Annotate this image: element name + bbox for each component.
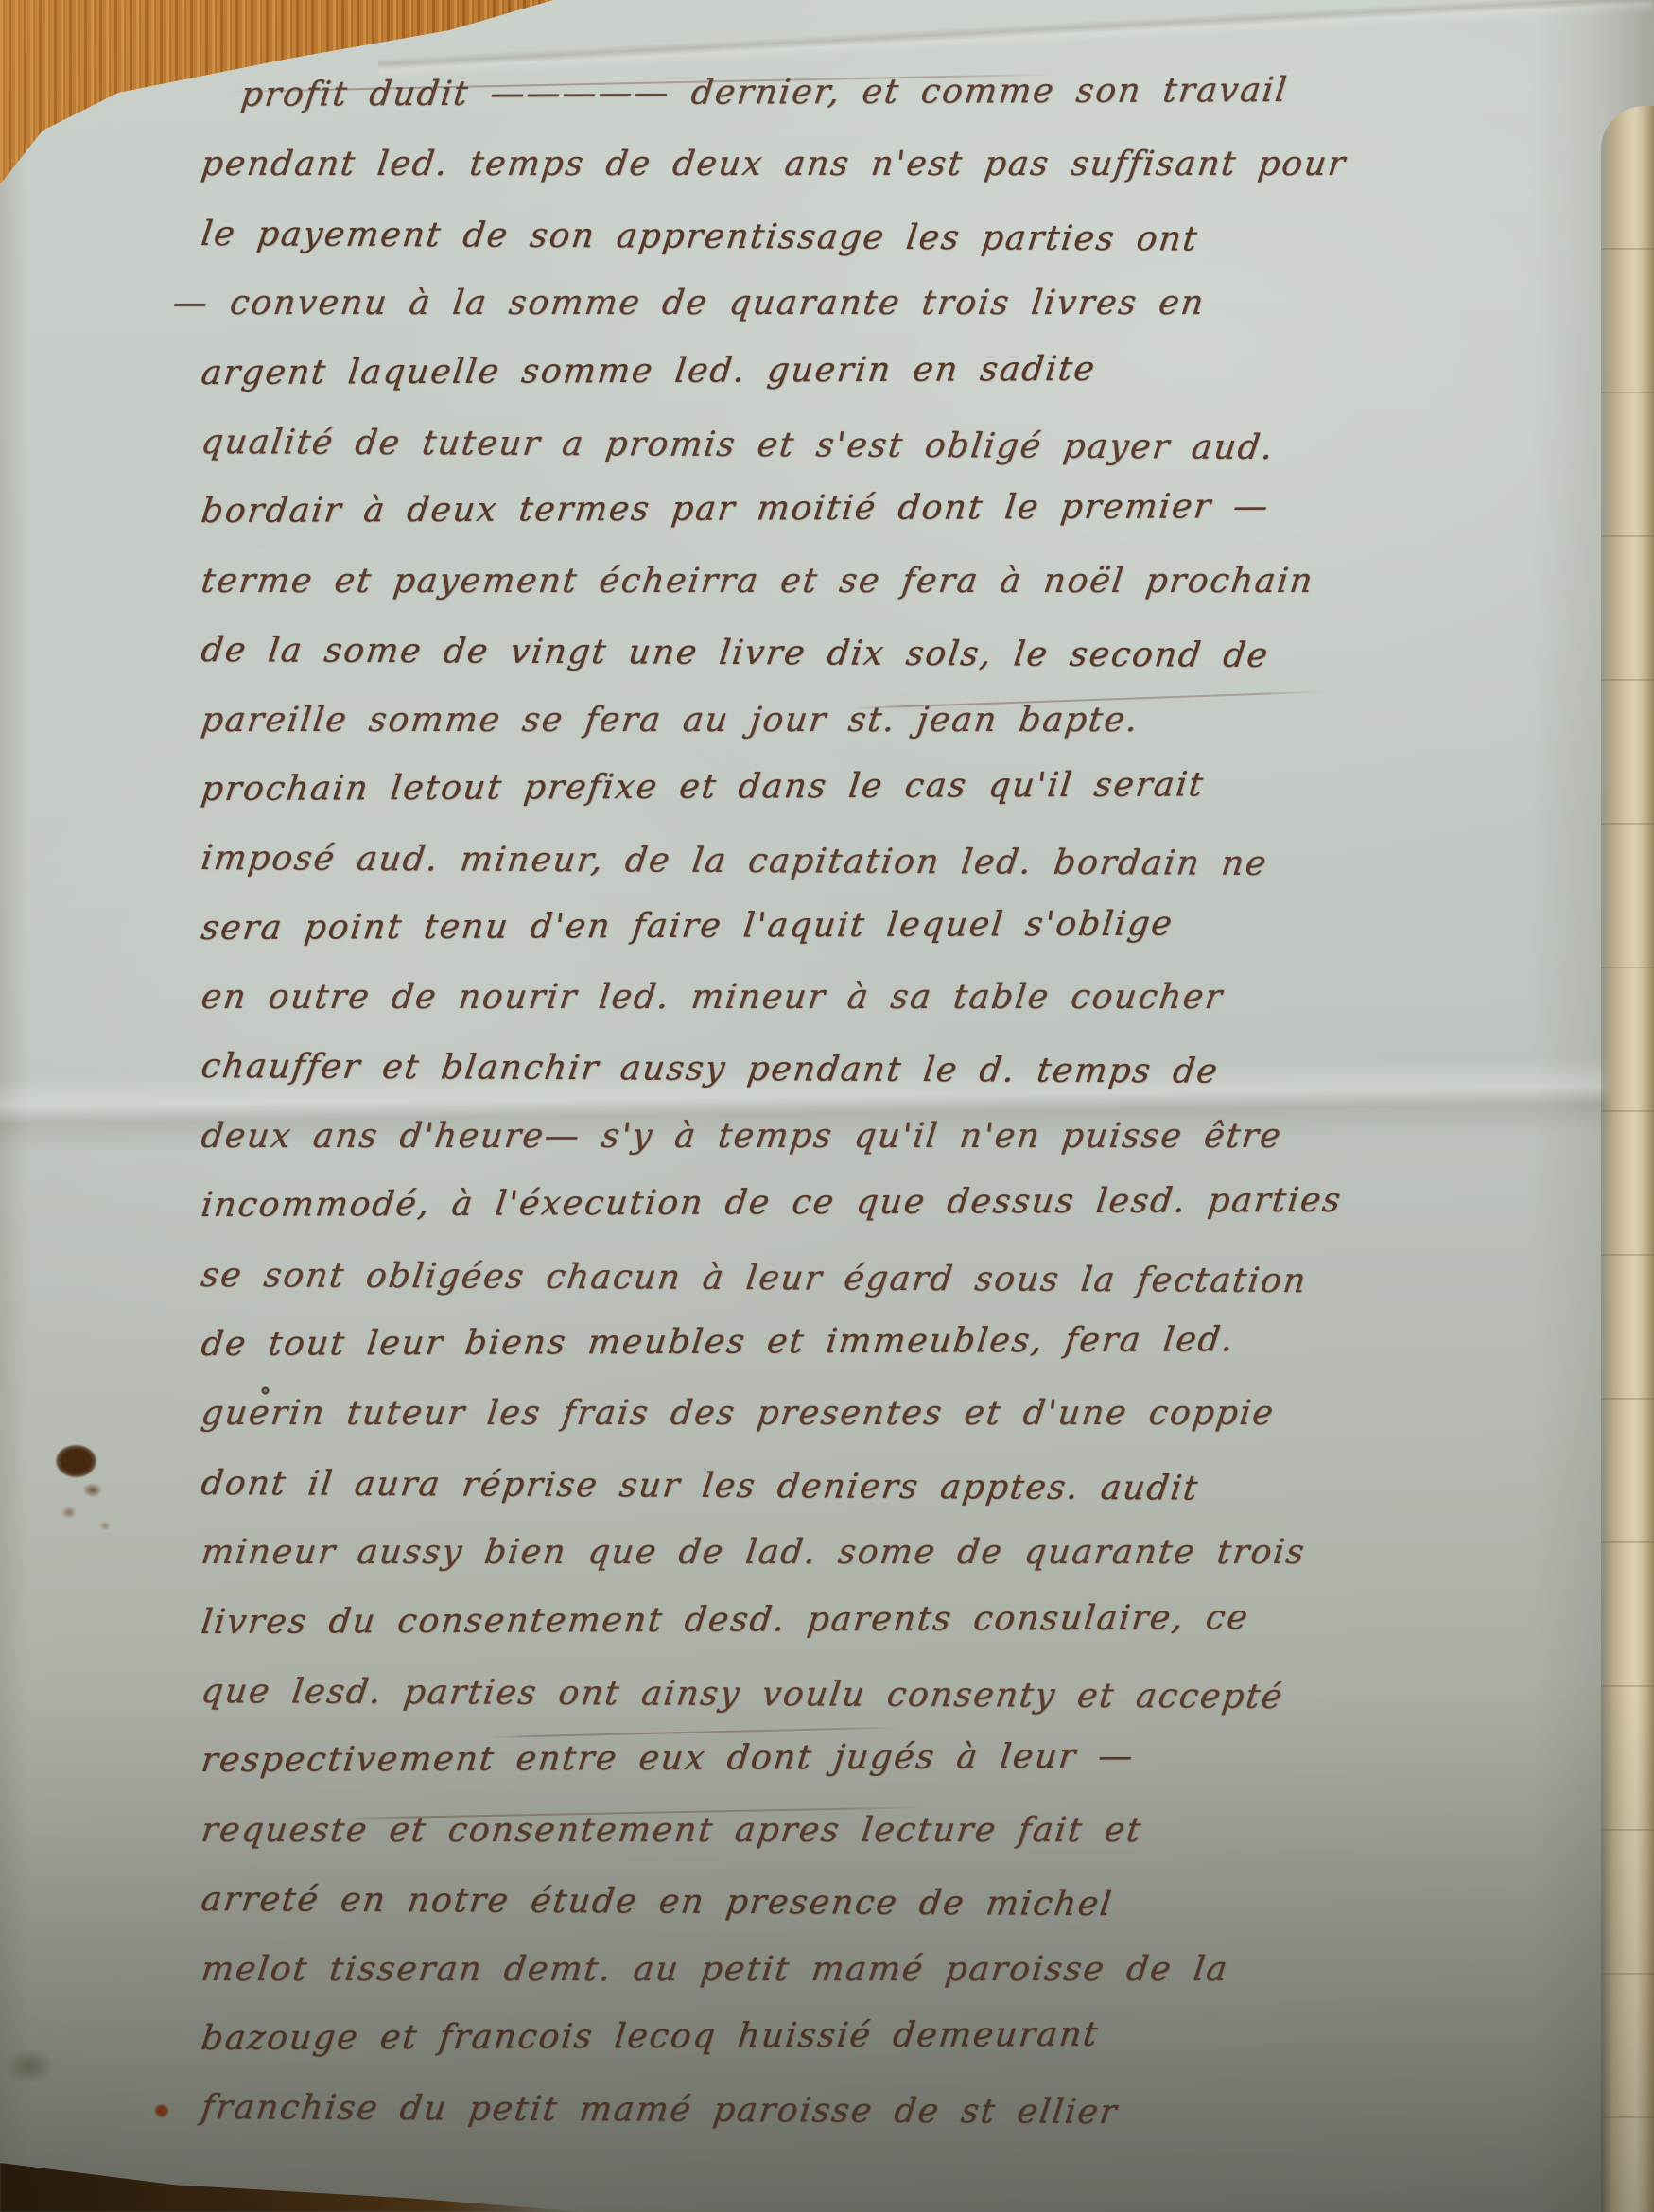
manuscript-line: livres du consentement desd. parents con…: [198, 1581, 1606, 1657]
manuscript-line: — convenu à la somme de quarante trois l…: [168, 269, 1605, 338]
manuscript-line: en outre de nourir led. mineur à sa tabl…: [197, 963, 1605, 1032]
photo-scene: profit dudit ————— dernier, et comme son…: [0, 0, 1654, 2212]
manuscript-line: terme et payement écheirra et se fera à …: [197, 547, 1605, 616]
manuscript-line: de la some de vingt une livre dix sols, …: [197, 616, 1604, 692]
manuscript-line: profit dudit ————— dernier, et comme son…: [198, 55, 1606, 131]
ink-fleck: [261, 1386, 270, 1395]
manuscript-line: bazouge et francois lecoq huissié demeur…: [198, 1997, 1606, 2073]
manuscript-line: dont il aura réprise sur les deniers app…: [197, 1449, 1604, 1525]
manuscript-line: incommodé, à l'éxecution de ce que dessu…: [198, 1165, 1606, 1241]
manuscript-line: respectivement entre eux dont jugés à le…: [198, 1720, 1606, 1796]
book-page-edge: [1601, 106, 1654, 2212]
manuscript-line: requeste et consentement apres lecture f…: [197, 1796, 1605, 1865]
manuscript-line: franchise du petit mamé paroisse de st e…: [197, 2073, 1604, 2150]
manuscript-line: bordair à deux termes par moitié dont le…: [198, 471, 1606, 547]
manuscript-line: argent laquelle somme led. guerin en sad…: [198, 332, 1606, 408]
manuscript-text: profit dudit ————— dernier, et comme son…: [201, 61, 1601, 2143]
manuscript-line: sera point tenu d'en faire l'aquit leque…: [198, 887, 1606, 963]
manuscript-page: profit dudit ————— dernier, et comme son…: [0, 0, 1654, 2212]
manuscript-line: arreté en notre étude en presence de mic…: [197, 1865, 1604, 1942]
manuscript-line: de tout leur biens meubles et immeubles,…: [198, 1304, 1606, 1380]
edge-smudge: [0, 2041, 66, 2092]
manuscript-line: le payement de son apprentissage les par…: [197, 200, 1604, 276]
rust-spot: [151, 2101, 172, 2120]
manuscript-line: prochain letout prefixe et dans le cas q…: [198, 748, 1606, 824]
manuscript-line: deux ans d'heure— s'y à temps qu'il n'en…: [197, 1102, 1605, 1171]
manuscript-line: chauffer et blanchir aussy pendant le d.…: [197, 1032, 1604, 1108]
ink-blot-stain: [42, 1430, 132, 1541]
manuscript-line: mineur aussy bien que de lad. some de qu…: [197, 1518, 1605, 1587]
manuscript-line: guerin tuteur les frais des presentes et…: [197, 1379, 1605, 1448]
manuscript-line: pendant led. temps de deux ans n'est pas…: [197, 130, 1605, 199]
manuscript-line: melot tisseran demt. au petit mamé paroi…: [197, 1935, 1605, 2004]
manuscript-line: pareille somme se fera au jour st. jean …: [197, 686, 1605, 755]
